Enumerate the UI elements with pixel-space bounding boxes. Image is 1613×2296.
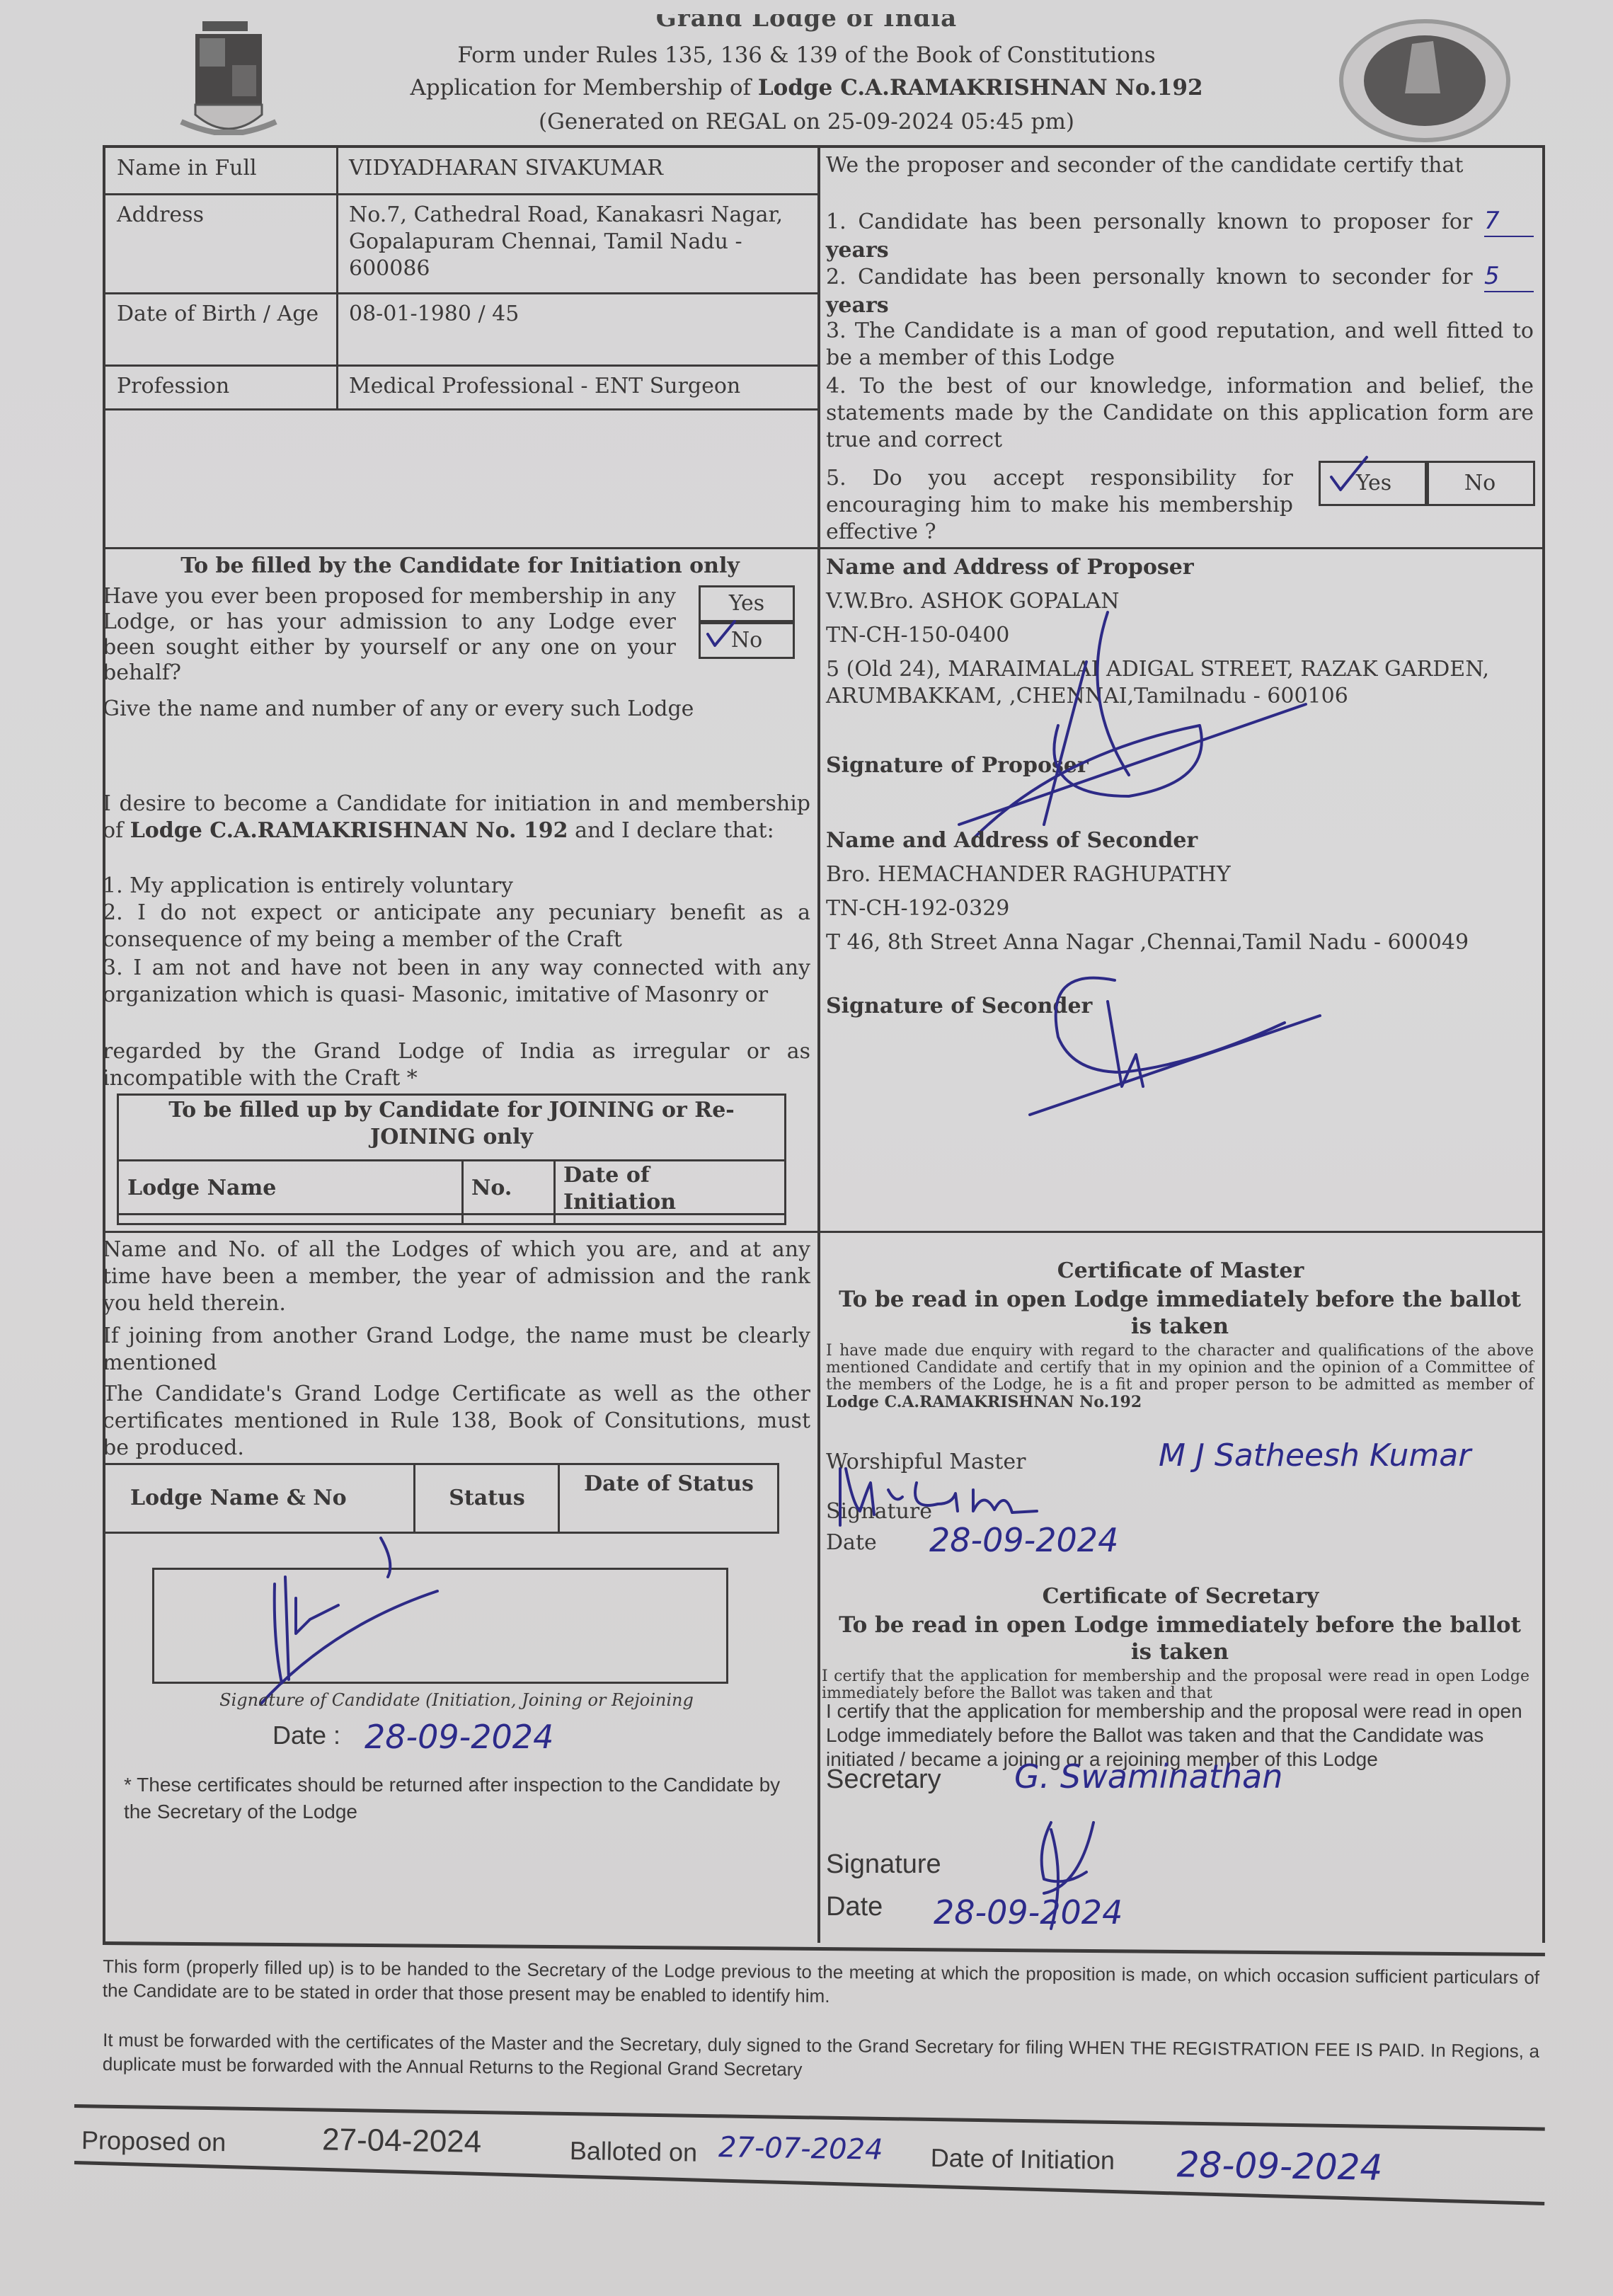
declaration-1: 1. My application is entirely voluntary	[103, 873, 513, 900]
item5-yes-checkbox[interactable]: Yes	[1319, 461, 1429, 506]
certify-item-4: 4. To the best of our knowledge, informa…	[826, 373, 1534, 454]
give-lodge-name: Give the name and number of any or every…	[103, 696, 694, 723]
secretary-heading: Certificate of Secretary	[819, 1583, 1542, 1610]
seconder-signature	[1016, 973, 1370, 1115]
status-table: Lodge Name & No Status Date of Status	[103, 1463, 779, 1534]
address-label: Address	[117, 202, 204, 229]
seconder-id: TN-CH-192-0329	[826, 895, 1009, 922]
seconder-heading: Name and Address of Seconder	[826, 827, 1198, 854]
secretary-label: Secretary	[826, 1766, 941, 1793]
balloted-label: Balloted on	[570, 2137, 698, 2166]
master-heading: Certificate of Master	[819, 1258, 1542, 1285]
secretary-body-a: I certify that the application for membe…	[822, 1668, 1529, 1702]
profession-value: Medical Professional - ENT Surgeon	[349, 373, 740, 400]
initiation-yes-checkbox[interactable]: Yes	[699, 585, 795, 622]
address-value: No.7, Cathedral Road, Kanakasri Nagar, G…	[349, 202, 788, 282]
proposer-heading: Name and Address of Proposer	[826, 554, 1194, 581]
balloted-value: 27-07-2024	[718, 2131, 883, 2166]
desire-statement: I desire to become a Candidate for initi…	[103, 791, 810, 844]
seconder-address: T 46, 8th Street Anna Nagar ,Chennai,Tam…	[826, 929, 1505, 956]
candidate-date-label: Date :	[272, 1722, 340, 1749]
secretary-subheading: To be read in open Lodge immediately bef…	[826, 1612, 1534, 1665]
wm-value: M J Satheesh Kumar	[1159, 1437, 1471, 1474]
certify-item-2: 2. Candidate has been personally known t…	[826, 263, 1534, 319]
master-date-value: 28-09-2024	[929, 1521, 1118, 1559]
declaration-3a: 3. I am not and have not been in any way…	[103, 955, 810, 1009]
candidate-signature-box[interactable]	[152, 1568, 728, 1684]
candidate-date-value: 28-09-2024	[364, 1718, 553, 1756]
dob-label: Date of Birth / Age	[117, 301, 322, 328]
dob-value: 08-01-1980 / 45	[349, 301, 519, 328]
master-subheading: To be read in open Lodge immediately bef…	[826, 1286, 1534, 1340]
checkmark-icon	[1328, 456, 1377, 498]
joining-note-3: The Candidate's Grand Lodge Certificate …	[103, 1381, 810, 1462]
col-number: No.	[471, 1175, 512, 1202]
joining-note-2: If joining from another Grand Lodge, the…	[103, 1323, 810, 1377]
col-date-of-status: Date of Status	[561, 1471, 777, 1498]
col-status: Status	[416, 1485, 558, 1512]
master-date-label: Date	[826, 1529, 877, 1556]
joining-note-1: Name and No. of all the Lodges of which …	[103, 1236, 810, 1317]
form-header: Grand Lodge of India Form under Rules 13…	[0, 0, 1613, 145]
joining-heading: To be filled up by Candidate for JOINING…	[119, 1097, 784, 1151]
proposer-name: V.W.Bro. ASHOK GOPALAN	[826, 588, 1120, 615]
col-date-of-initiation: Date of Initiation	[563, 1162, 705, 1216]
proposed-value: 27-04-2024	[322, 2126, 482, 2156]
proposer-years: 7	[1484, 207, 1500, 235]
initiation-no-checkbox[interactable]: No	[699, 622, 795, 659]
joining-table: To be filled up by Candidate for JOINING…	[117, 1094, 786, 1225]
certify-item-3: 3. The Candidate is a man of good reputa…	[826, 318, 1534, 372]
grand-lodge-seal-logo	[1334, 16, 1515, 143]
seconder-years: 5	[1484, 262, 1500, 290]
name-value: VIDYADHARAN SIVAKUMAR	[349, 155, 663, 182]
secretary-date-value: 28-09-2024	[934, 1893, 1123, 1931]
declaration-2: 2. I do not expect or anticipate any pec…	[103, 900, 810, 953]
secretary-name-value: G. Swaminathan	[1014, 1757, 1282, 1796]
profession-label: Profession	[117, 373, 229, 400]
initiation-question: Have you ever been proposed for membersh…	[103, 584, 676, 686]
col-lodge-name: Lodge Name	[127, 1175, 276, 1202]
proposer-signature	[917, 612, 1341, 839]
certify-item-1: 1. Candidate has been personally known t…	[826, 207, 1534, 264]
certify-intro: We the proposer and seconder of the cand…	[826, 152, 1534, 179]
name-label: Name in Full	[117, 155, 257, 182]
initiation-date-value: 28-09-2024	[1176, 2144, 1382, 2188]
secretary-date-label: Date	[826, 1893, 883, 1920]
seconder-name: Bro. HEMACHANDER RAGHUPATHY	[826, 861, 1231, 888]
secretary-signature-label: Signature	[826, 1851, 941, 1878]
certificates-footnote: * These certificates should be returned …	[124, 1772, 803, 1825]
col-lodge-name-no: Lodge Name & No	[130, 1485, 347, 1512]
declaration-3b: regarded by the Grand Lodge of India as …	[103, 1038, 810, 1092]
candidate-signature-caption: Signature of Candidate (Initiation, Join…	[103, 1687, 810, 1714]
proposed-label: Proposed on	[81, 2127, 226, 2156]
initiation-heading: To be filled by the Candidate for Initia…	[103, 553, 817, 580]
checkmark-icon	[705, 620, 747, 655]
master-body: I have made due enquiry with regard to t…	[826, 1343, 1534, 1411]
item5-no-checkbox[interactable]: No	[1425, 461, 1535, 506]
certify-item-5: 5. Do you accept responsibility for enco…	[826, 465, 1293, 546]
initiation-date-label: Date of Initiation	[931, 2145, 1115, 2174]
